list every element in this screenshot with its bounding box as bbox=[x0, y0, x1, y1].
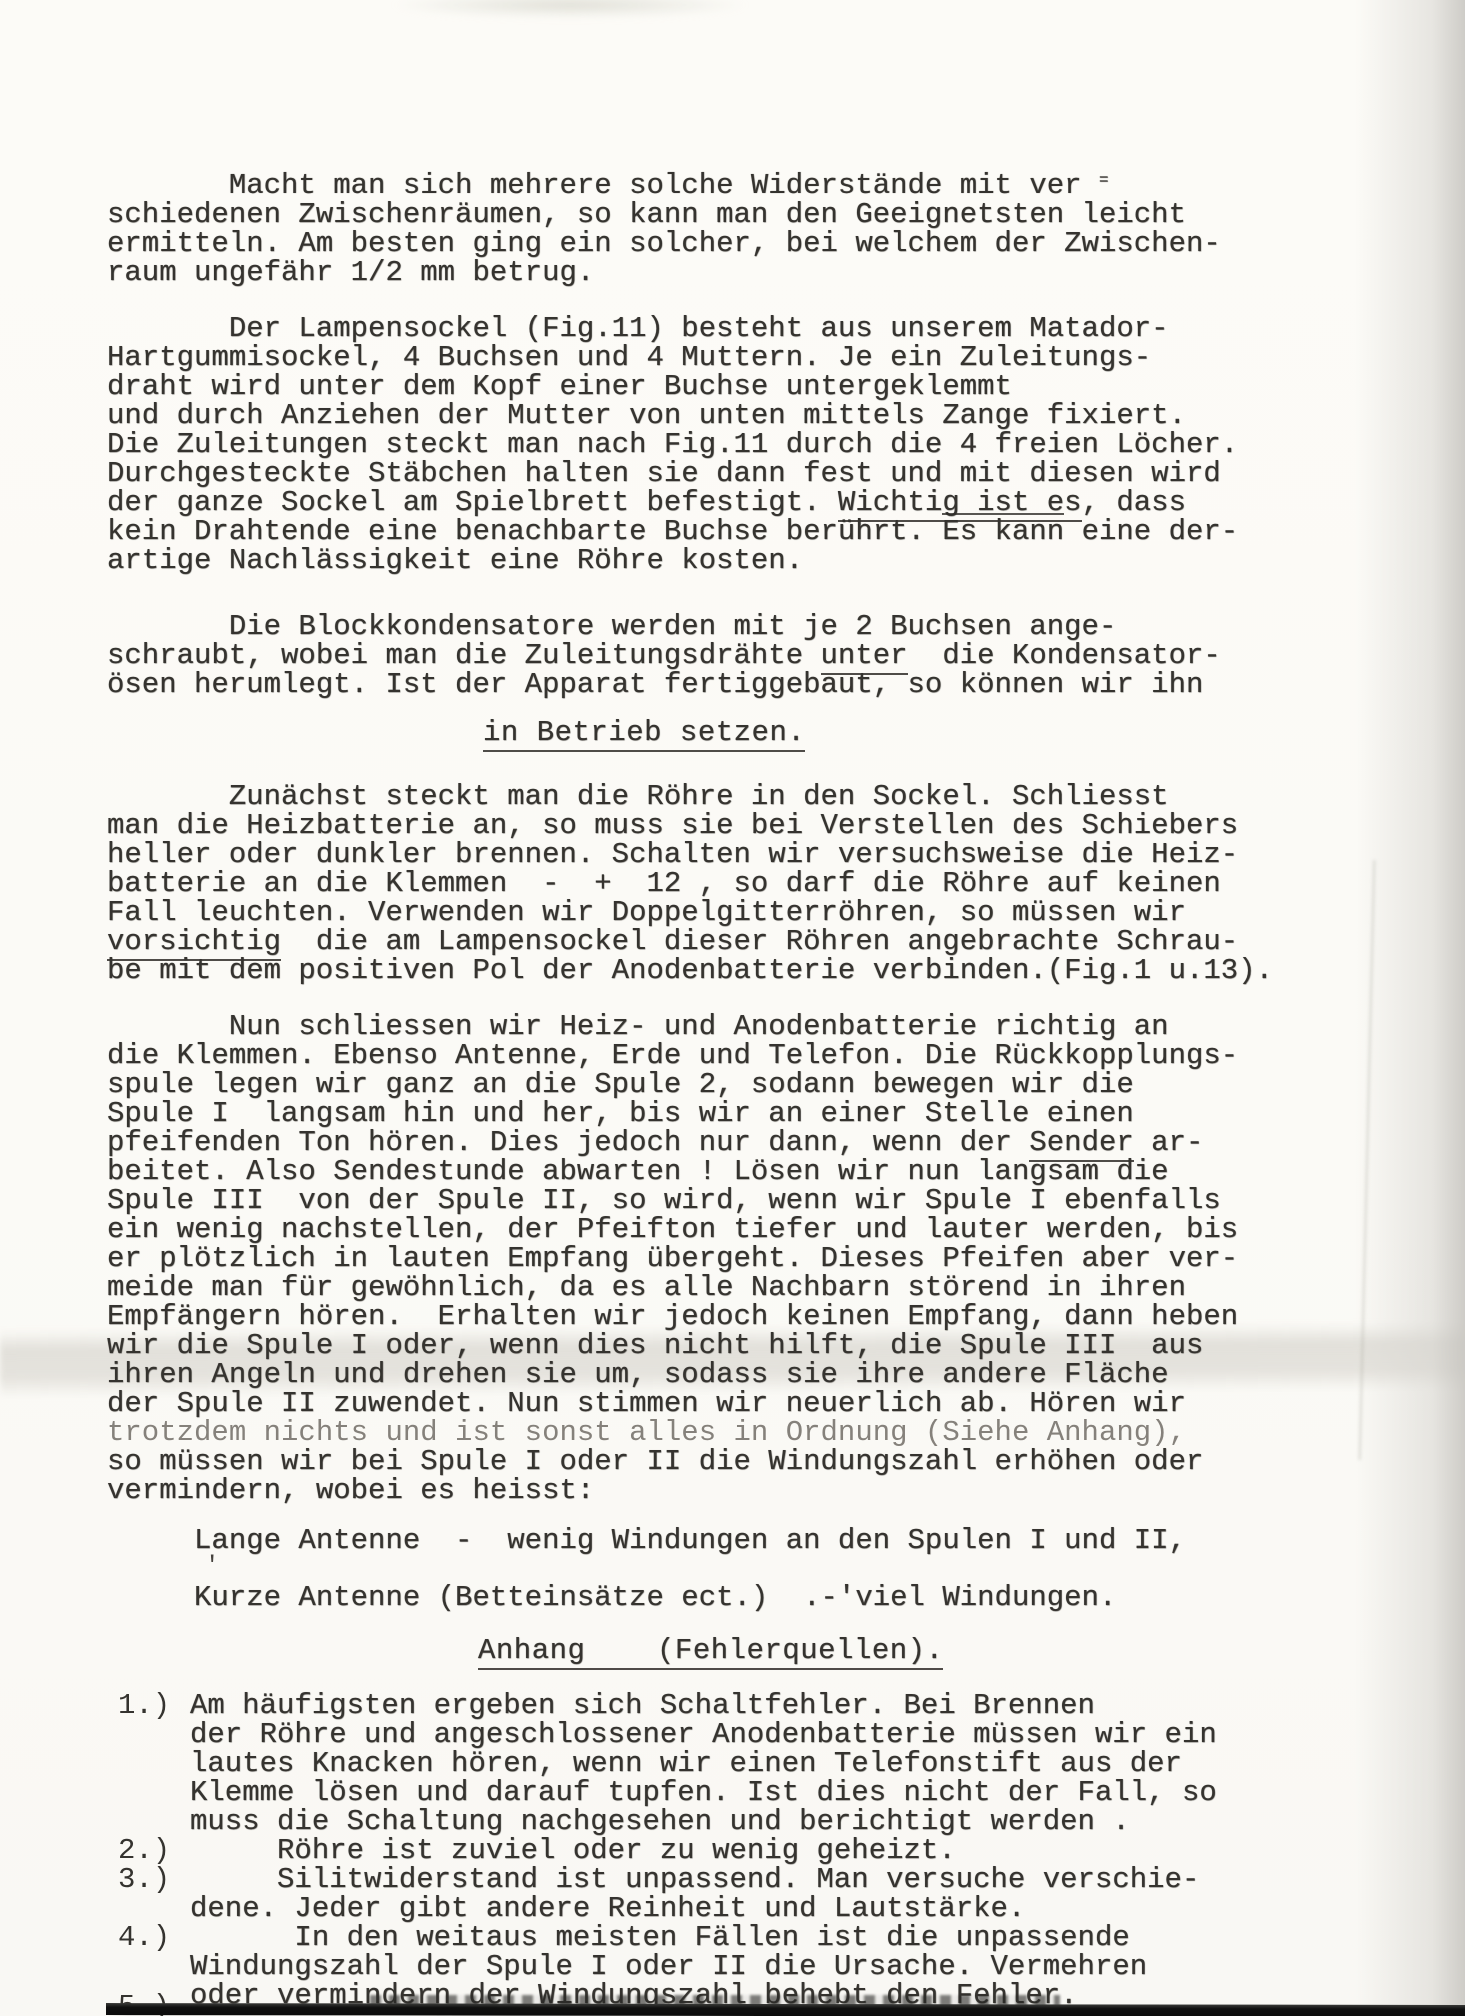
text-line: spule legen wir ganz an die Spule 2, sod… bbox=[107, 1070, 1238, 1099]
text-line: man die Heizbatterie an, so muss sie bei… bbox=[107, 811, 1273, 840]
text-line: raum ungefähr 1/2 mm betrug. bbox=[107, 258, 1221, 287]
text-line: heller oder dunkler brennen. Schalten wi… bbox=[107, 840, 1273, 869]
text-line: und durch Anziehen der Mutter von unten … bbox=[107, 401, 1238, 430]
text-line: der Spule II zuwendet. Nun stimmen wir n… bbox=[107, 1389, 1238, 1418]
text-line: vermindern, wobei es heisst: bbox=[107, 1476, 1238, 1505]
text-line: schraubt, wobei man die Zuleitungsdrähte… bbox=[107, 641, 1221, 670]
text-line: schiedenen Zwischenräumen, so kann man d… bbox=[107, 200, 1221, 229]
list-marker: 3.) bbox=[118, 1865, 170, 1894]
text-line: Hartgummisockel, 4 Buchsen und 4 Muttern… bbox=[107, 343, 1238, 372]
text-line: artige Nachlässigkeit eine Röhre kosten. bbox=[107, 546, 1238, 575]
text-line: ösen herumlegt. Ist der Apparat fertigge… bbox=[107, 670, 1221, 699]
text-line: meide man für gewöhnlich, da es alle Nac… bbox=[107, 1273, 1238, 1302]
document-page: ' Macht man sich mehrere solche Widerstä… bbox=[0, 0, 1465, 2016]
list-item: 1.)Am häufigsten ergeben sich Schaltfehl… bbox=[190, 1691, 1217, 1836]
list-marker: 4.) bbox=[118, 1923, 170, 1952]
text-line: Am häufigsten ergeben sich Schaltfehler.… bbox=[190, 1691, 1217, 1720]
text-line: Macht man sich mehrere solche Widerständ… bbox=[107, 166, 1221, 200]
text-line: Windungszahl der Spule I oder II die Urs… bbox=[190, 1952, 1147, 1981]
text-line: Spule III von der Spule II, so wird, wen… bbox=[107, 1186, 1238, 1215]
list-marker: 2.) bbox=[118, 1836, 170, 1865]
text-line: Der Lampensockel (Fig.11) besteht aus un… bbox=[107, 314, 1238, 343]
text-line: der ganze Sockel am Spielbrett befestigt… bbox=[107, 488, 1238, 517]
text-line: Klemme lösen und darauf tupfen. Ist dies… bbox=[190, 1778, 1217, 1807]
text-line: vorsichtig die am Lampensockel dieser Rö… bbox=[107, 927, 1273, 956]
text-line: draht wird unter dem Kopf einer Buchse u… bbox=[107, 372, 1238, 401]
scan-smudge bbox=[390, 0, 750, 18]
text-line: ein wenig nachstellen, der Pfeifton tief… bbox=[107, 1215, 1238, 1244]
text-line: muss die Schaltung nachgesehen und beric… bbox=[190, 1807, 1217, 1836]
text-line: kein Drahtende eine benachbarte Buchse b… bbox=[107, 517, 1238, 546]
text-line: Die Blockkondensatore werden mit je 2 Bu… bbox=[107, 612, 1221, 641]
scan-cutoff-bar bbox=[106, 2003, 1465, 2016]
text-line: Kurze Antenne (Betteinsätze ect.) .-'vie… bbox=[107, 1583, 1116, 1612]
text-line: so müssen wir bei Spule I oder II die Wi… bbox=[107, 1447, 1238, 1476]
paragraph: Kurze Antenne (Betteinsätze ect.) .-'vie… bbox=[107, 1583, 1116, 1612]
text-line: Die Zuleitungen steckt man nach Fig.11 d… bbox=[107, 430, 1238, 459]
text-line: pfeifenden Ton hören. Dies jedoch nur da… bbox=[107, 1128, 1238, 1157]
text-line: in Betrieb setzen. bbox=[483, 718, 805, 747]
text-line: Röhre ist zuviel oder zu wenig geheizt. bbox=[190, 1836, 956, 1865]
text-line: Empfängern hören. Erhalten wir jedoch ke… bbox=[107, 1302, 1238, 1331]
paragraph: Macht man sich mehrere solche Widerständ… bbox=[107, 166, 1221, 287]
text-line: der Röhre und angeschlossener Anodenbatt… bbox=[190, 1720, 1217, 1749]
text-line: ihren Angeln und drehen sie um, sodass s… bbox=[107, 1360, 1238, 1389]
paragraph: Lange Antenne - wenig Windungen an den S… bbox=[107, 1526, 1186, 1555]
text-line: beitet. Also Sendestunde abwarten ! Löse… bbox=[107, 1157, 1238, 1186]
text-line: Fall leuchten. Verwenden wir Doppelgitte… bbox=[107, 898, 1273, 927]
text-line: Spule I langsam hin und her, bis wir an … bbox=[107, 1099, 1238, 1128]
text-line: lautes Knacken hören, wenn wir einen Tel… bbox=[190, 1749, 1217, 1778]
text-line: Nun schliessen wir Heiz- und Anodenbatte… bbox=[107, 1012, 1238, 1041]
text-line: ermitteln. Am besten ging ein solcher, b… bbox=[107, 229, 1221, 258]
list-item: 2.) Röhre ist zuviel oder zu wenig gehei… bbox=[190, 1836, 956, 1865]
text-line: Silitwiderstand ist unpassend. Man versu… bbox=[190, 1865, 1199, 1894]
text-line: Zunächst steckt man die Röhre in den Soc… bbox=[107, 782, 1273, 811]
paragraph: Nun schliessen wir Heiz- und Anodenbatte… bbox=[107, 1012, 1238, 1505]
heading: in Betrieb setzen. bbox=[483, 718, 805, 747]
text-line: er plötzlich in lauten Empfang übergeht.… bbox=[107, 1244, 1238, 1273]
text-line: Anhang (Fehlerquellen). bbox=[478, 1636, 943, 1665]
text-line: die Klemmen. Ebenso Antenne, Erde und Te… bbox=[107, 1041, 1238, 1070]
text-line: dene. Jeder gibt andere Reinheit und Lau… bbox=[190, 1894, 1199, 1923]
list-marker: 1.) bbox=[118, 1691, 170, 1720]
paragraph: Zunächst steckt man die Röhre in den Soc… bbox=[107, 782, 1273, 985]
paragraph: Die Blockkondensatore werden mit je 2 Bu… bbox=[107, 612, 1221, 699]
heading: Anhang (Fehlerquellen). bbox=[478, 1636, 943, 1665]
text-line: In den weitaus meisten Fällen ist die un… bbox=[190, 1923, 1147, 1952]
text-line: Lange Antenne - wenig Windungen an den S… bbox=[107, 1526, 1186, 1555]
text-line: be mit dem positiven Pol der Anodenbatte… bbox=[107, 956, 1273, 985]
list-item: 3.) Silitwiderstand ist unpassend. Man v… bbox=[190, 1865, 1199, 1923]
text-line: Durchgesteckte Stäbchen halten sie dann … bbox=[107, 459, 1238, 488]
text-line: batterie an die Klemmen - + 12 , so darf… bbox=[107, 869, 1273, 898]
text-line: wir die Spule I oder, wenn dies nicht hi… bbox=[107, 1331, 1238, 1360]
text-line: trotzdem nichts und ist sonst alles in O… bbox=[107, 1418, 1238, 1447]
paragraph: Der Lampensockel (Fig.11) besteht aus un… bbox=[107, 314, 1238, 575]
